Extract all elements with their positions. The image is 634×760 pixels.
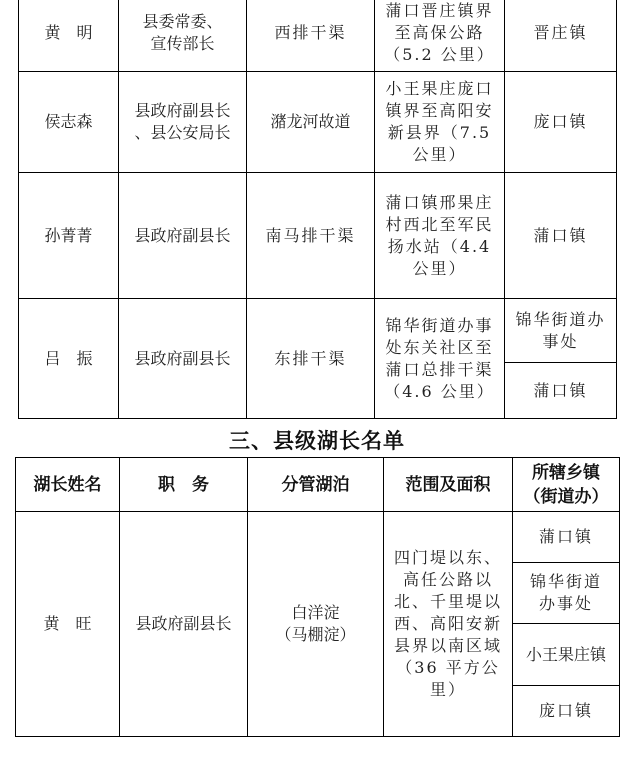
chief-position: 县政府副县长: [119, 173, 247, 299]
town: 锦华街道 办事处: [513, 563, 620, 624]
lake-name: 白洋淀 （马棚淀）: [248, 512, 384, 737]
chief-name: 黄 旺: [16, 512, 120, 737]
chief-name: 侯志森: [19, 72, 119, 173]
town: 蒲口镇: [505, 363, 617, 419]
town: 庞口镇: [505, 72, 617, 173]
chief-name: 黄 明: [19, 0, 119, 72]
chief-name: 孙菁菁: [19, 173, 119, 299]
chief-position: 县委常委、 宣传部长: [119, 0, 247, 72]
chief-position: 县政府副县长: [120, 512, 248, 737]
table-row: 孙菁菁 县政府副县长 南马排干渠 蒲口镇邢果庄 村西北至军民 扬水站（4.4 公…: [19, 173, 617, 299]
river-range: 蒲口晋庄镇界 至高保公路 （5.2 公里）: [375, 0, 505, 72]
header-towns: 所辖乡镇 （街道办）: [513, 458, 620, 512]
table-row: 侯志森 县政府副县长 、县公安局长 潴龙河故道 小王果庄庞口 镇界至高阳安 新县…: [19, 72, 617, 173]
town: 蒲口镇: [513, 512, 620, 563]
lake-range: 四门堤以东、 高任公路以 北、千里堤以 西、高阳安新 县界以南区域 （36 平方…: [384, 512, 513, 737]
chief-name: 吕 振: [19, 299, 119, 419]
section-title: 三、县级湖长名单: [0, 425, 634, 455]
town: 蒲口镇: [505, 173, 617, 299]
river-name: 南马排干渠: [247, 173, 375, 299]
river-range: 锦华街道办事 处东关社区至 蒲口总排干渠 （4.6 公里）: [375, 299, 505, 419]
town: 庞口镇: [513, 686, 620, 737]
river-range: 小王果庄庞口 镇界至高阳安 新县界（7.5 公里）: [375, 72, 505, 173]
header-range: 范围及面积: [384, 458, 513, 512]
river-name: 西排干渠: [247, 0, 375, 72]
table-row: 黄 明 县委常委、 宣传部长 西排干渠 蒲口晋庄镇界 至高保公路 （5.2 公里…: [19, 0, 617, 72]
chief-position: 县政府副县长: [119, 299, 247, 419]
header-row: 湖长姓名 职 务 分管湖泊 范围及面积 所辖乡镇 （街道办）: [16, 458, 620, 512]
table-row: 黄 旺 县政府副县长 白洋淀 （马棚淀） 四门堤以东、 高任公路以 北、千里堤以…: [16, 512, 620, 563]
header-name: 湖长姓名: [16, 458, 120, 512]
chief-position: 县政府副县长 、县公安局长: [119, 72, 247, 173]
town: 锦华街道办 事处: [505, 299, 617, 363]
header-position: 职 务: [120, 458, 248, 512]
town: 小王果庄镇: [513, 624, 620, 686]
header-lake: 分管湖泊: [248, 458, 384, 512]
river-name: 东排干渠: [247, 299, 375, 419]
table-row: 吕 振 县政府副县长 东排干渠 锦华街道办事 处东关社区至 蒲口总排干渠 （4.…: [19, 299, 617, 363]
river-range: 蒲口镇邢果庄 村西北至军民 扬水站（4.4 公里）: [375, 173, 505, 299]
river-name: 潴龙河故道: [247, 72, 375, 173]
town: 晋庄镇: [505, 0, 617, 72]
lake-chief-table: 湖长姓名 职 务 分管湖泊 范围及面积 所辖乡镇 （街道办） 黄 旺 县政府副县…: [15, 457, 620, 737]
river-chief-table: 黄 明 县委常委、 宣传部长 西排干渠 蒲口晋庄镇界 至高保公路 （5.2 公里…: [18, 0, 617, 419]
